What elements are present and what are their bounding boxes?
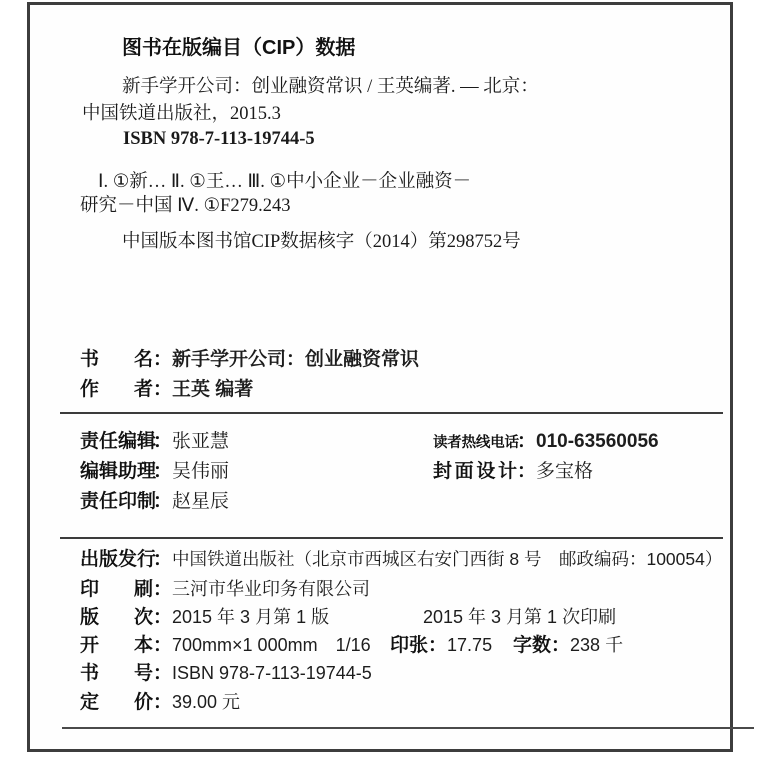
cover-design-label: 封面设计 [433,461,517,483]
sheets-label: 印张 [390,635,428,656]
hotline-label: 读者热线电话 [433,432,517,454]
colon: ： [517,431,536,452]
colon: ： [551,635,570,656]
divider-rule-bottom [62,727,754,729]
impression-value: 2015 年 3 月第 1 次印刷 [423,606,616,629]
staff-row-print-supervisor: 责任印制：赵星辰 [80,491,229,513]
cip-classification-line2: 研究－中国 Ⅳ. ①F279.243 [80,194,290,218]
words-group: 字数：238 千 [513,634,623,657]
colon: ： [153,635,172,656]
colon: ： [153,461,172,482]
colon: ： [153,549,172,570]
assistant-value: 吴伟丽 [172,461,229,482]
hotline-number: 010-63560056 [536,431,659,452]
edition-value: 2015 年 3 月第 1 版 [172,607,329,627]
price-label: 定价 [80,692,153,714]
edition-row: 版次：2015 年 3 月第 1 版 [80,606,329,629]
divider-rule-middle [60,537,723,539]
cip-description-line1: 新手学开公司：创业融资常识 / 王英编著. — 北京： [122,75,539,99]
book-title-value: 新手学开公司：创业融资常识 [172,349,419,370]
cip-record-number: 中国版本图书馆CIP数据核字（2014）第298752号 [122,230,521,254]
cip-classification-line1: Ⅰ. ①新… Ⅱ. ①王… Ⅲ. ①中小企业－企业融资－ [98,170,471,194]
price-row: 定价：39.00 元 [80,691,240,714]
printer-value: 三河市华业印务有限公司 [172,579,370,599]
staff-row-hotline: 读者热线电话：010-63560056 [433,431,659,454]
book-author-value: 王英 编著 [172,379,253,400]
format-row: 开本：700mm×1 000mm 1/16 [80,634,371,657]
words-value: 238 千 [570,635,623,655]
printer-row: 印刷：三河市华业印务有限公司 [80,578,370,601]
colon: ： [153,349,172,370]
printer-label: 印刷 [80,579,153,601]
book-title-row: 书名：新手学开公司：创业融资常识 [80,349,419,371]
staff-row-cover-design: 封面设计：多宝格 [433,461,593,483]
book-author-label: 作者 [80,379,153,401]
colon: ： [517,461,536,482]
cover-design-value: 多宝格 [536,461,593,482]
colon: ： [153,663,172,684]
colon: ： [153,379,172,400]
publisher-row: 出版发行：中国铁道出版社（北京市西城区右安门西街 8 号 邮政编码：100054… [80,548,722,571]
colon: ： [153,431,172,452]
book-title-label: 书名 [80,349,153,371]
print-supervisor-value: 赵星辰 [172,491,229,512]
impression-text: 2015 年 3 月第 1 次印刷 [423,607,616,627]
divider-rule-top [60,412,723,414]
format-value: 700mm×1 000mm 1/16 [172,635,371,655]
editor-value: 张亚慧 [172,431,229,452]
cip-description-line2: 中国铁道出版社，2015.3 [82,102,281,126]
publisher-label: 出版发行 [80,549,153,571]
colon: ： [153,579,172,600]
staff-row-editor: 责任编辑：张亚慧 [80,431,229,453]
print-supervisor-label: 责任印制 [80,491,153,513]
isbn-row: 书号：ISBN 978-7-113-19744-5 [80,662,372,685]
assistant-label: 编辑助理 [80,461,153,483]
cip-heading: 图书在版编目（CIP）数据 [122,36,355,60]
editor-label: 责任编辑 [80,431,153,453]
colon: ： [153,491,172,512]
staff-row-assistant: 编辑助理：吴伟丽 [80,461,229,483]
format-label: 开本 [80,635,153,657]
isbn-label: 书号 [80,663,153,685]
colon: ： [153,692,172,713]
words-label: 字数 [513,635,551,656]
sheets-value: 17.75 [447,635,492,655]
cip-isbn-line: ISBN 978-7-113-19744-5 [123,127,315,151]
colon: ： [428,635,447,656]
colon: ： [153,607,172,628]
publisher-value: 中国铁道出版社（北京市西城区右安门西街 8 号 邮政编码：100054） [172,549,722,569]
book-author-row: 作者：王英 编著 [80,379,253,401]
price-value: 39.00 元 [172,692,240,712]
isbn-value: ISBN 978-7-113-19744-5 [172,663,372,683]
edition-label: 版次 [80,607,153,629]
sheets-group: 印张：17.75 [390,634,492,657]
